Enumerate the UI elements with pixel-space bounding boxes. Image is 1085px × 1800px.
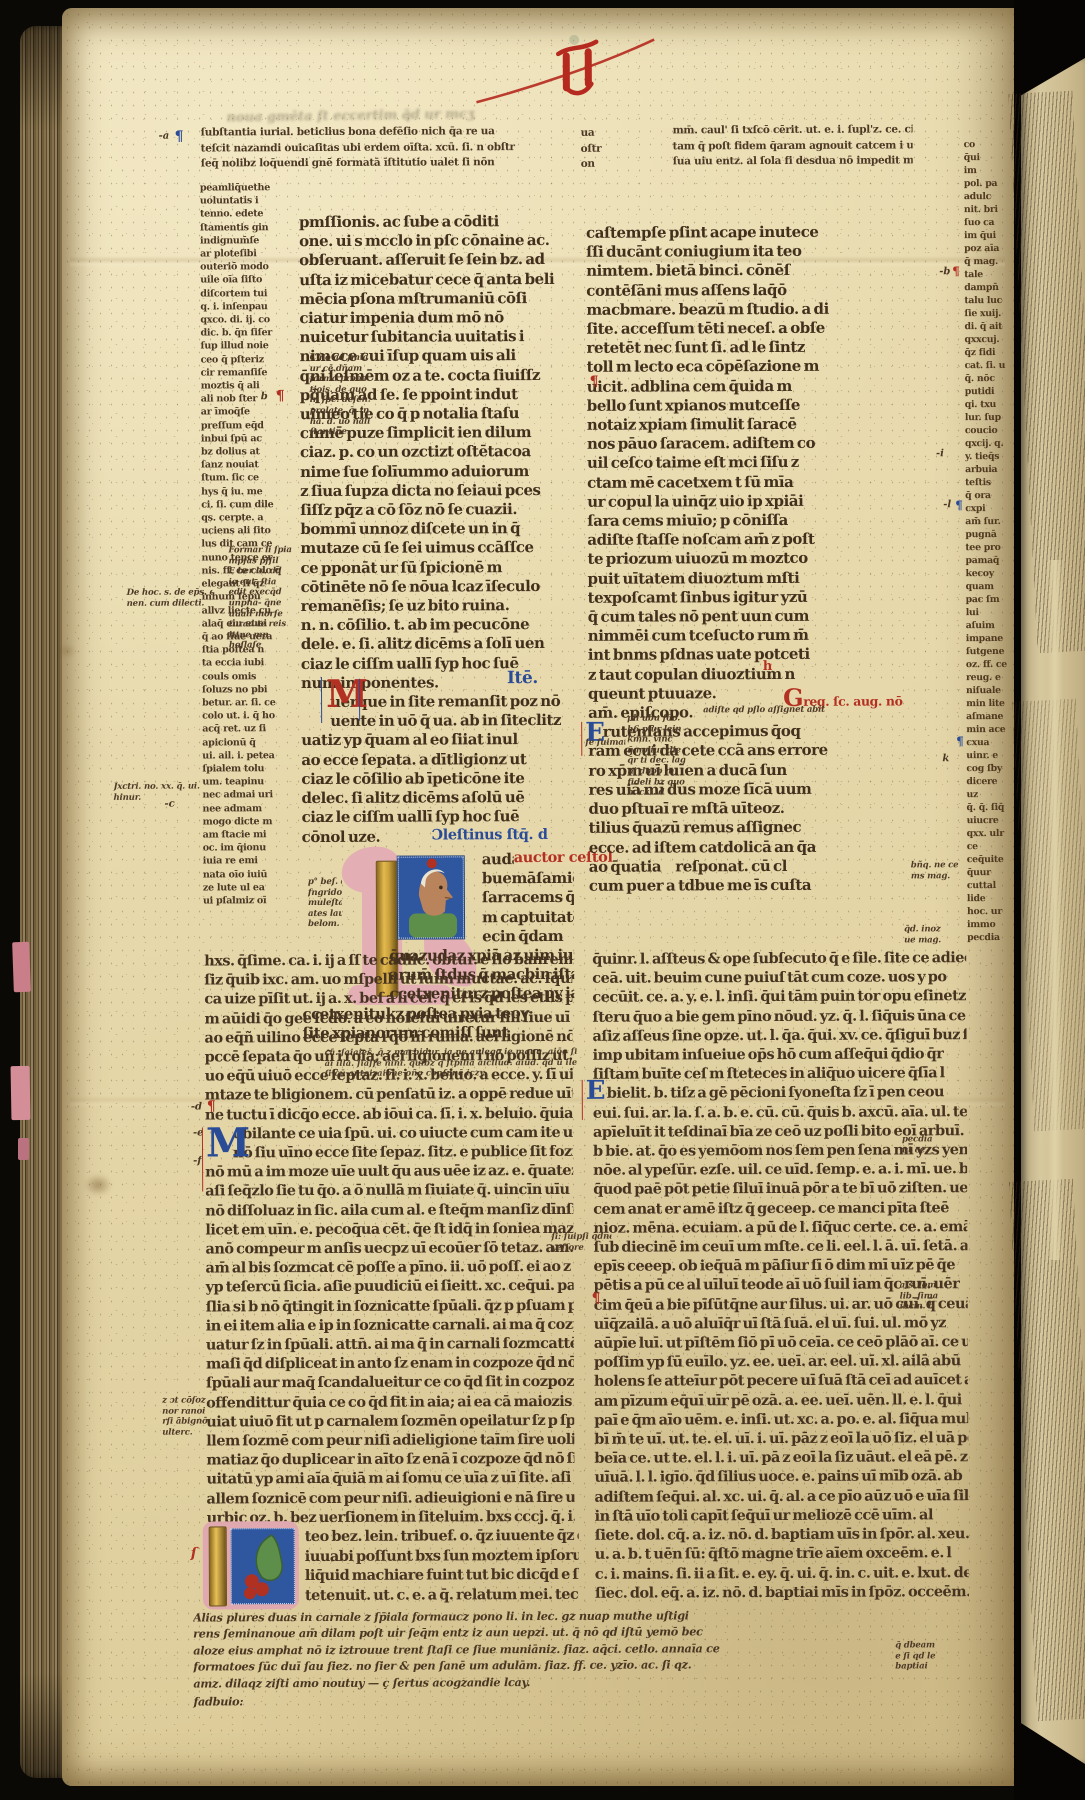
margin-letter-i: -i (936, 448, 944, 459)
margin-letter-d: -d (191, 1101, 202, 1112)
gloss-right-column: coq̄uiimpol. paadulcnit. briſuo caim q̄u… (964, 138, 1020, 944)
penwork-flourish-icon (321, 677, 322, 723)
fore-edge-blank-band (1047, 560, 1063, 1260)
rubric-celestinus: Ɔleſtinus ſtq̄. d (432, 826, 548, 844)
margin-note-pedia: pecdiaut ce. (902, 1134, 952, 1155)
initial-E-blue-2: E (586, 1078, 606, 1104)
folio-mark-flourish-icon (470, 25, 660, 110)
margin-note-qdbeam: q̄ dbeame ſi qd lebaptiai (895, 1640, 951, 1672)
penwork-flourish-icon (582, 1080, 583, 1120)
footnote-cursive-block: Alias plures duas in carnale z ſp̄iala f… (193, 1607, 883, 1692)
initial-M-blue: M (206, 1123, 250, 1163)
ornament-panel (231, 1528, 295, 1604)
leaf-ornament-icon (232, 1529, 294, 1603)
margin-note-dehoc: De hoc. s. de ep̄s. etnen. cum dilecti. (127, 587, 213, 609)
folio-mark (470, 25, 660, 110)
red-paraph-icon: ¶ (276, 389, 285, 403)
red-paraph-icon: ¶ (590, 375, 599, 389)
margin-note-doctor: z ɔt cōſoznor ranoirſi ābignōulterc. (162, 1395, 214, 1438)
penwork-flourish-icon (581, 722, 582, 756)
pink-bookmark-tab-2[interactable] (11, 1066, 31, 1120)
bottom-column-right: q̄uinr. l. aſſteus & ope ſubſecuto q̄ e … (592, 948, 969, 1603)
bottom-column-left: hxs. q̄ſime. ca. i. ij a ſſ te cadlic. o… (204, 950, 575, 1528)
intercolumn-note-pli: pli ubu ſ6o.h6 piur leinkmn. vinc̄q̄ nol… (627, 713, 685, 798)
margin-letter-k: k (942, 753, 949, 764)
gloss-top-right: mm̄. caul' ſi txſcō cērit. ut. e. i. ſup… (673, 122, 913, 170)
margin-note-qdmoz: q̄d. inozue mag. (904, 924, 954, 945)
margin-letter-f: -f (193, 1155, 202, 1166)
margin-letter-a: -a (159, 131, 170, 142)
penwork-flourish-icon (359, 679, 360, 721)
red-paraph-icon: ¶ (207, 1099, 216, 1113)
blue-paraph-icon: ¶ (956, 734, 964, 748)
item-initial-blue: Itē. (507, 668, 538, 688)
margin-letter-b2: -b (939, 266, 950, 277)
intercolumn-note-formar: Formar li ſpiampſas pſſilE ber lo. ddio … (228, 545, 294, 651)
initial-M-red: M (326, 675, 368, 713)
bottom-left-beside-initial: teo bez. lein. tribuef. o. q̄z iuuente q… (305, 1526, 579, 1605)
pink-bookmark-tab-3[interactable] (18, 1138, 29, 1160)
illuminated-initial-leaf (203, 1521, 299, 1609)
footnote-tail: fadbuio: (193, 1693, 243, 1710)
intercolumn-note-cno: C̄ no ad ſmīaur cē dñamforma probatiois.… (310, 353, 374, 438)
margin-letter-b: b (261, 391, 268, 402)
gloss-top-stub: uaoſtron (581, 126, 607, 173)
miniature-panel (398, 856, 464, 938)
red-correction-mark: h (763, 659, 773, 674)
red-guide-letter: ſ (191, 1546, 197, 1562)
main-column-left: pmſſionis. ac ſube a cōditione. ui s mcc… (299, 212, 572, 847)
gloss-top-left: ſubſtantia iurial. beticlius bona defēſi… (201, 124, 599, 173)
margin-note-ixctri: Jxctri. no. xx. q̄. ui. ohinur. (113, 782, 199, 804)
blue-paraph-icon: ¶ (175, 130, 184, 144)
stain-spot (84, 1174, 112, 1196)
blue-paraph-icon: ¶ (955, 498, 963, 512)
intercolumn-note-sefuimat: ſe ſuimat (585, 738, 625, 749)
margin-note-bnq: bñq. ne cems mag. (911, 860, 967, 881)
red-paraph-icon: ¶ (592, 1292, 601, 1306)
intercolumn-note-adiste: adiſte qd pſlo aſſignet abit (703, 705, 853, 716)
red-paraph-icon: ¶ (952, 264, 960, 278)
margin-note-afs: aſs. lomlib. ſimaibcm. b (900, 1280, 954, 1312)
intercolumn-note-sisu: ſi: ſuipſi q̄dneyeſſore (551, 1232, 611, 1253)
margin-note-pbef: p° beſ. defngridos q̄muleſtaates laudibe… (308, 877, 342, 930)
stain-spot (58, 644, 76, 658)
margin-letter-l: -l (943, 499, 951, 510)
manuscript-photo: { "palette":{"parchment":"#e7dab0","ink"… (0, 0, 1085, 1800)
face-miniature-icon (399, 857, 463, 937)
gold-bar-ornament (209, 1526, 227, 1606)
pink-bookmark-tab-1[interactable] (12, 942, 31, 993)
